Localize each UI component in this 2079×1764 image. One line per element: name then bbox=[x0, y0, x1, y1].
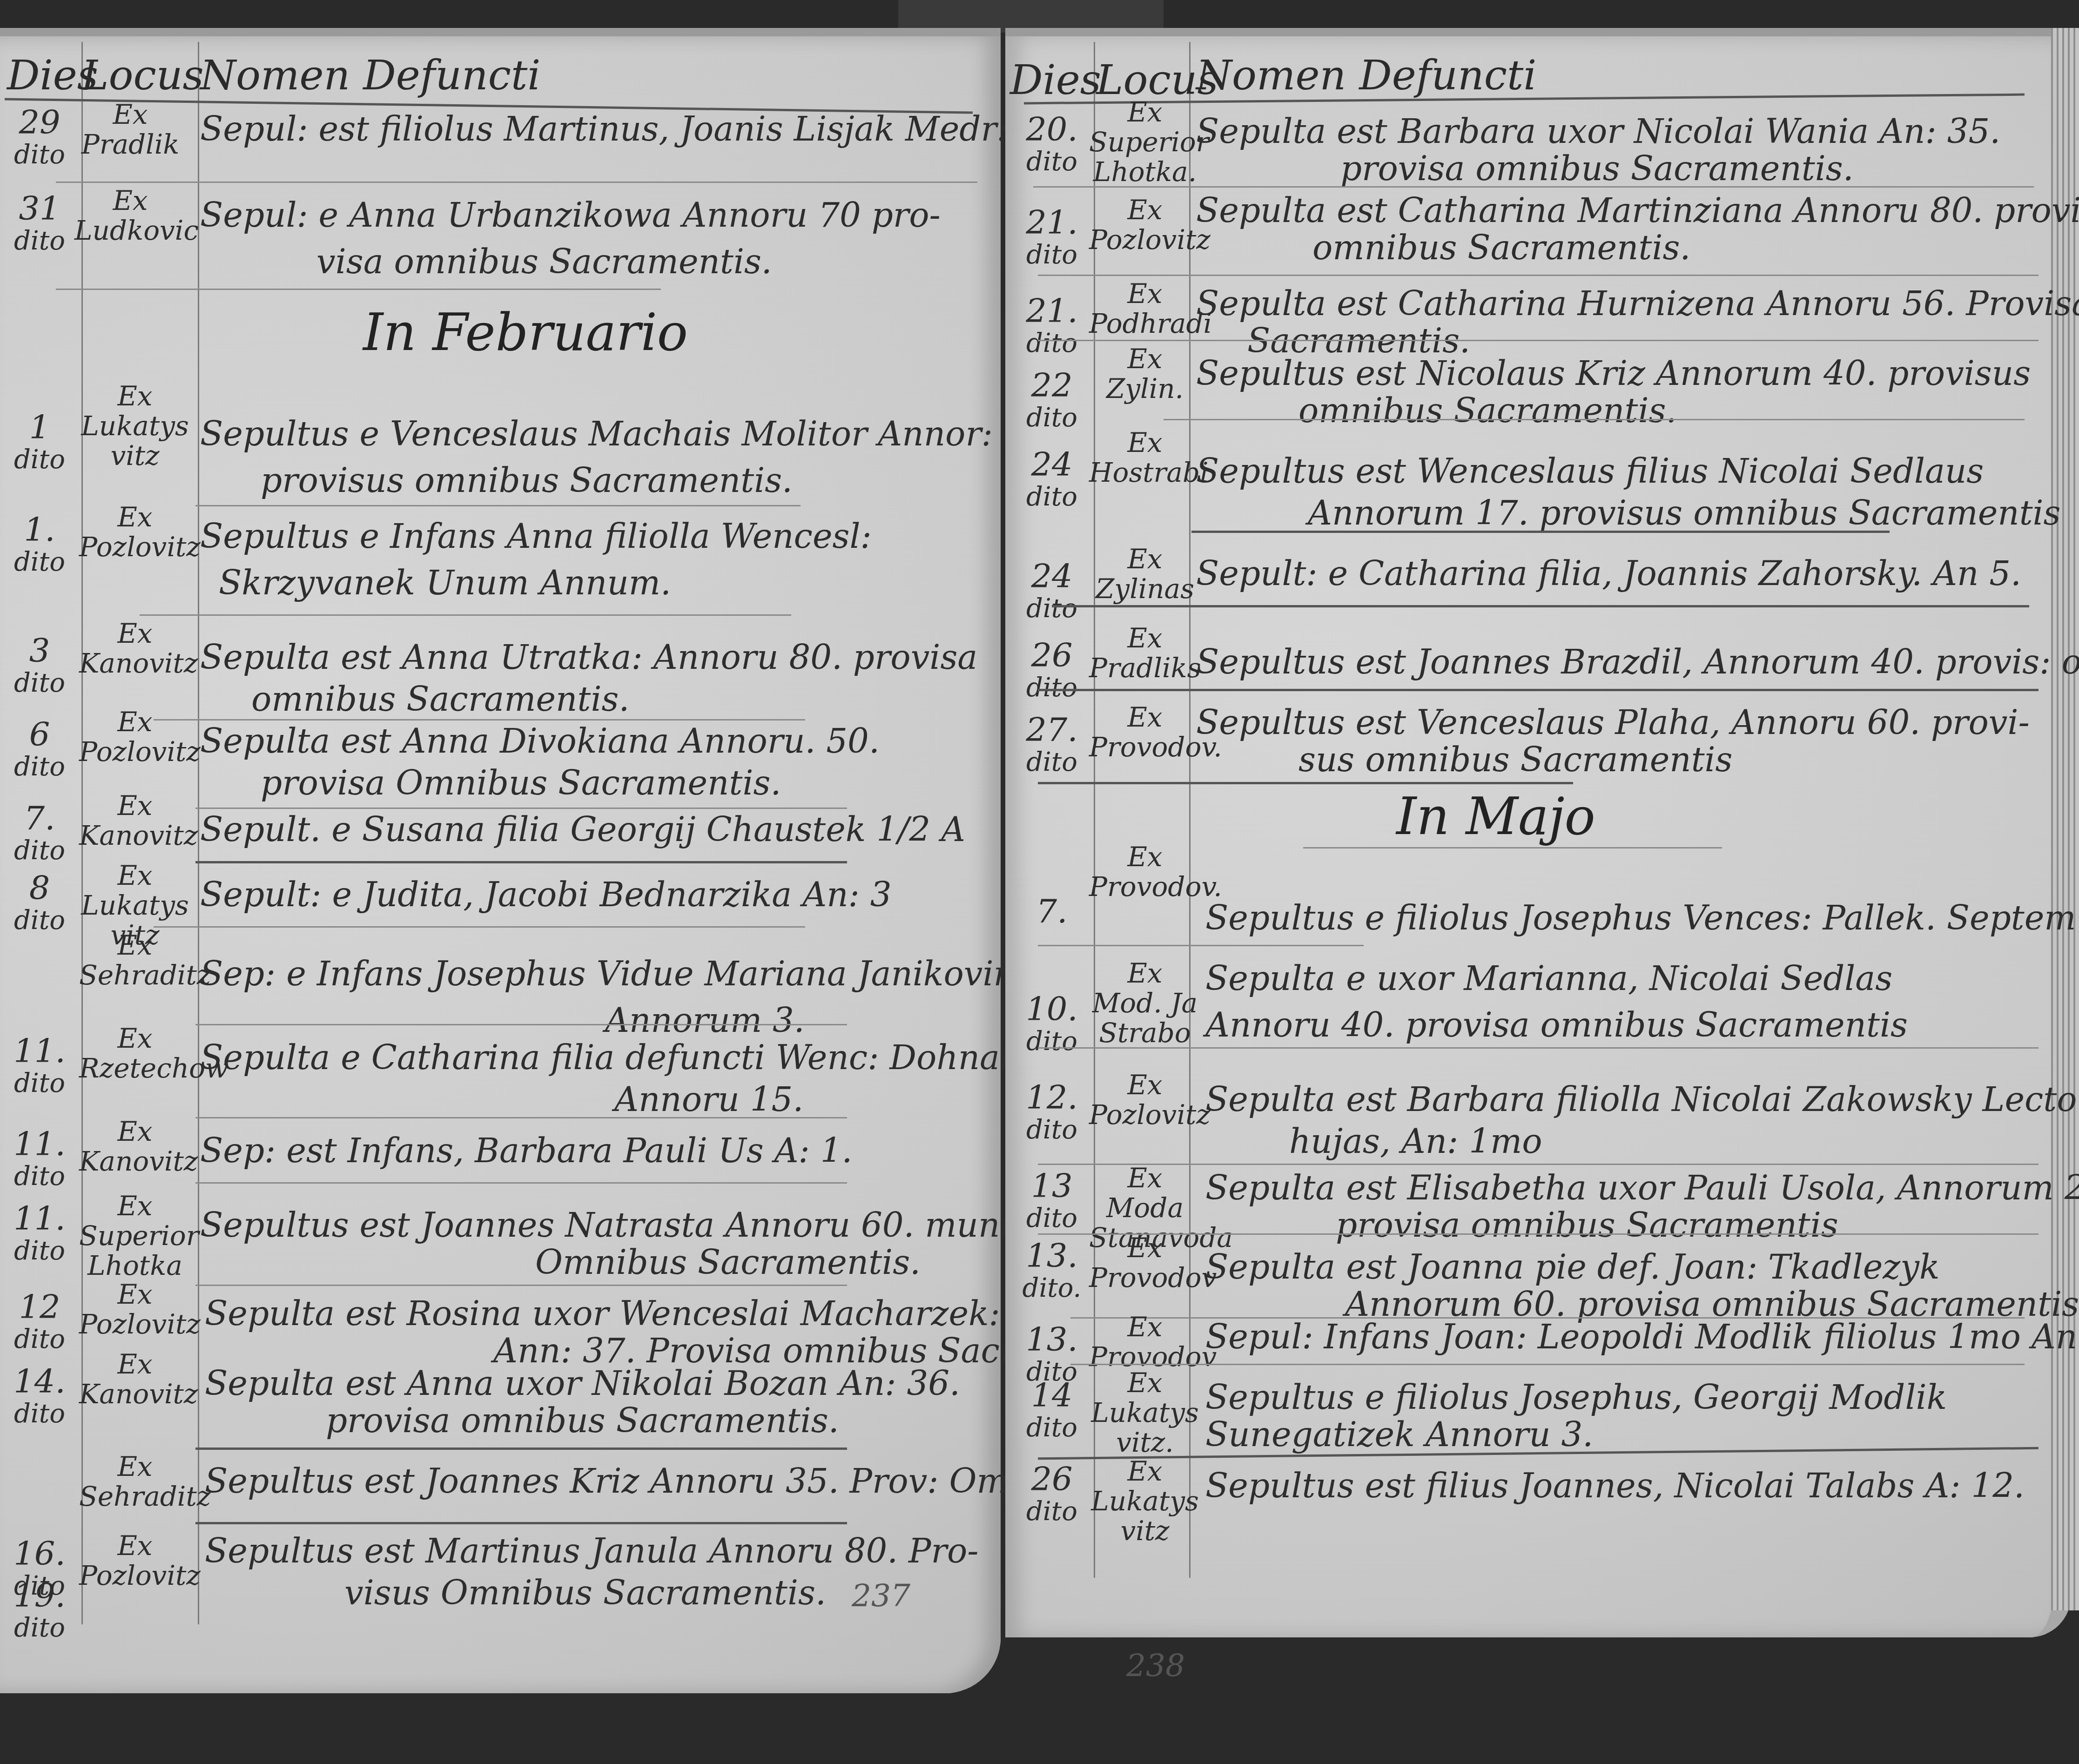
entry-rule bbox=[195, 808, 847, 809]
entry-locus: Ex Lukatys vitz. bbox=[1089, 1368, 1201, 1457]
entry-locus: Ex Lukatys vitz bbox=[1089, 1457, 1201, 1546]
entry-locus: Ex Zylin. bbox=[1089, 344, 1201, 404]
entry-text: Sepultus est filius Joannes, Nicolai Tal… bbox=[1205, 1466, 2025, 1505]
entry-text: Sepultus e Infans Anna filiolla Wencesl: bbox=[200, 517, 872, 556]
entry-day: 12dito bbox=[2, 1289, 77, 1354]
entry-day: 21.dito bbox=[1015, 205, 1089, 269]
column-rule-locus bbox=[198, 42, 199, 1624]
entry-day: 11.dito bbox=[2, 1201, 77, 1266]
entry-day: 14.dito bbox=[2, 1364, 77, 1428]
entry-locus: Ex Pradlik bbox=[74, 100, 186, 160]
entry-text: Sepultus est Joannes Natrasta Annoru 60.… bbox=[200, 1205, 1024, 1245]
entry-text: Sepultus est Nicolaus Kriz Annorum 40. p… bbox=[1196, 354, 2031, 393]
entry-locus: Ex Hostrabi bbox=[1089, 428, 1201, 488]
entry-text: Annorum 3. bbox=[605, 1001, 805, 1040]
entry-rule bbox=[195, 1522, 847, 1524]
entry-day: 7.dito bbox=[2, 801, 77, 865]
entry-rule bbox=[1038, 1047, 2039, 1049]
entry-text: Sepult: e Catharina filia, Joannis Zahor… bbox=[1196, 554, 2021, 593]
month-heading: In Majo bbox=[1396, 787, 1595, 846]
entry-locus: Ex Pozlovitz bbox=[79, 1531, 191, 1591]
entry-locus: Ex Kanovitz bbox=[79, 619, 191, 679]
entry-text: Sepultus est Joannes Kriz Annoru 35. Pro… bbox=[205, 1461, 1062, 1501]
entry-text: Sepulta est Barbara uxor Nicolai Wania A… bbox=[1196, 112, 2000, 151]
entry-day: 1.dito bbox=[2, 512, 77, 577]
entry-locus: Ex Lukatys vitz bbox=[79, 382, 191, 471]
entry-text: provisa omnibus Sacramentis. bbox=[1340, 149, 1854, 188]
entry-text: provisa omnibus Sacramentis bbox=[1336, 1205, 1838, 1245]
entry-text: Sep: e Infans Josephus Vidue Mariana Jan… bbox=[200, 954, 1015, 993]
entry-locus: Ex Pozlovitz bbox=[79, 503, 191, 562]
entry-rule bbox=[195, 1285, 847, 1286]
entry-text: Sepul: e Anna Urbanzikowa Annoru 70 pro- bbox=[200, 195, 941, 235]
entry-day: 12.dito bbox=[1015, 1080, 1089, 1145]
entry-day: 26dito bbox=[1015, 638, 1089, 702]
entry-text: Sep: est Infans, Barbara Pauli Us A: 1. bbox=[200, 1131, 852, 1170]
entry-rule bbox=[140, 614, 791, 616]
entry-rule bbox=[195, 1448, 847, 1450]
entry-text: Sepult: e Judita, Jacobi Bednarzika An: … bbox=[200, 875, 892, 914]
entry-locus: Ex Ludkovic bbox=[74, 186, 186, 246]
month-rule bbox=[1303, 847, 1722, 848]
entry-rule bbox=[1038, 340, 2039, 341]
entry-day: 8dito bbox=[2, 870, 77, 935]
entry-rule bbox=[56, 182, 977, 183]
entry-locus: Ex Pozlovitz bbox=[1089, 1071, 1201, 1130]
entry-text: Sepultus est Joannes Brazdil, Annorum 40… bbox=[1196, 642, 2079, 681]
entry-day: 6dito bbox=[2, 717, 77, 781]
entry-rule bbox=[1038, 689, 2039, 691]
entry-rule bbox=[1038, 945, 1364, 946]
entry-text: Sepul: est filiolus Martinus, Joanis Lis… bbox=[200, 109, 1076, 148]
entry-day: 3dito bbox=[2, 633, 77, 698]
entry-rule bbox=[195, 1117, 847, 1118]
entry-text: Sepulta est Barbara filiolla Nicolai Zak… bbox=[1205, 1080, 2079, 1119]
entry-text: Omnibus Sacramentis. bbox=[535, 1243, 921, 1282]
entry-day: 24dito bbox=[1015, 559, 1089, 623]
entry-locus: Ex Sehraditz bbox=[79, 931, 191, 990]
entry-day: 24dito bbox=[1015, 447, 1089, 512]
entry-day: 1dito bbox=[2, 410, 77, 474]
entry-rule bbox=[195, 861, 847, 863]
entry-text: Sepultus est Martinus Janula Annoru 80. … bbox=[205, 1531, 979, 1570]
entry-day: 10.dito bbox=[1015, 991, 1089, 1056]
entry-text: Sepult. e Susana filia Georgij Chaustek … bbox=[200, 810, 965, 849]
entry-day: 31dito bbox=[2, 191, 77, 256]
entry-rule bbox=[195, 505, 801, 506]
entry-rule bbox=[1070, 1364, 2025, 1365]
entry-text: visa omnibus Sacramentis. bbox=[316, 242, 772, 281]
month-heading: In Februario bbox=[363, 303, 688, 362]
header-dies: Dies bbox=[1010, 56, 1101, 104]
entry-text: Sepulta est Elisabetha uxor Pauli Usola,… bbox=[1205, 1168, 2079, 1207]
entry-text: Sunegatizek Annoru 3. bbox=[1205, 1415, 1593, 1454]
entry-locus: Ex Pradliks bbox=[1089, 624, 1201, 683]
entry-locus: Ex Pozlovitz bbox=[1089, 195, 1201, 255]
entry-locus: Ex Provodov bbox=[1089, 1313, 1201, 1372]
page-number-right: 238 bbox=[1126, 1648, 1185, 1683]
entry-rule bbox=[195, 1182, 847, 1184]
entry-day: 7. bbox=[1015, 894, 1089, 929]
entry-text: Sepulta est Anna Divokiana Annoru. 50. bbox=[200, 721, 880, 761]
entry-locus: Ex Podhradi bbox=[1089, 279, 1201, 339]
entry-day: 19.dito bbox=[2, 1578, 77, 1643]
entry-day: 13.dito. bbox=[1015, 1238, 1089, 1303]
entry-text: Sepulta est Joanna pie def. Joan: Tkadle… bbox=[1205, 1247, 1940, 1286]
entry-text: omnibus Sacramentis. bbox=[251, 680, 629, 719]
header-nomen-defuncti: Nomen Defuncti bbox=[1196, 51, 1537, 99]
entry-text: Sepulta e Catharina filia defuncti Wenc:… bbox=[200, 1038, 1050, 1077]
entry-text: Sepultus e filiolus Josephus Vences: Pal… bbox=[1205, 898, 2079, 937]
entry-day: 11.dito bbox=[2, 1033, 77, 1098]
entry-text: Sepultus e Venceslaus Machais Molitor An… bbox=[200, 414, 1056, 453]
page-number-left: 237 bbox=[852, 1578, 910, 1614]
entry-rule bbox=[56, 289, 661, 290]
entry-day: 14dito bbox=[1015, 1378, 1089, 1442]
header-locus: Locus bbox=[81, 51, 204, 99]
entry-text: provisa Omnibus Sacramentis. bbox=[261, 763, 781, 802]
entry-text: Sepulta est Rosina uxor Wenceslai Machar… bbox=[205, 1294, 1000, 1333]
entry-text: sus omnibus Sacramentis bbox=[1299, 740, 1733, 779]
entry-day: 22dito bbox=[1015, 368, 1089, 432]
entry-text: Annorum 17. provisus omnibus Sacramentis bbox=[1308, 493, 2061, 532]
entry-day: 20.dito bbox=[1015, 112, 1089, 176]
entry-locus: Ex Mod. Ja Strabo bbox=[1089, 959, 1201, 1048]
entry-text: omnibus Sacramentis. bbox=[1299, 391, 1676, 430]
entry-locus: Ex Pozlovitz bbox=[79, 1280, 191, 1340]
entry-text: Sepul: Infans Joan: Leopoldi Modlik fili… bbox=[1205, 1317, 2079, 1356]
entry-text: Sepultus est Venceslaus Plaha, Annoru 60… bbox=[1196, 703, 2030, 742]
entry-day: 21.dito bbox=[1015, 293, 1089, 358]
entry-locus: Ex Sehraditz bbox=[79, 1452, 191, 1512]
entry-rule bbox=[1033, 186, 2034, 188]
entry-text: provisa omnibus Sacramentis. bbox=[326, 1401, 839, 1440]
entry-day: 29dito bbox=[2, 105, 77, 169]
entry-text: Annoru 40. provisa omnibus Sacramentis bbox=[1205, 1005, 1908, 1044]
entry-locus: Ex Zylinas bbox=[1089, 545, 1201, 604]
entry-locus: Ex Superior Lhotka. bbox=[1089, 98, 1201, 187]
entry-text: omnibus Sacramentis. bbox=[1312, 228, 1690, 267]
entry-day: 11.dito bbox=[2, 1126, 77, 1191]
entry-text: Annoru 15. bbox=[614, 1080, 803, 1119]
entry-rule bbox=[1191, 531, 1890, 533]
entry-day: 26dito bbox=[1015, 1461, 1089, 1526]
entry-text: Sepulta est Anna Utratka: Annoru 80. pro… bbox=[200, 638, 977, 677]
entry-rule bbox=[154, 926, 805, 928]
entry-rule bbox=[195, 1024, 847, 1025]
entry-locus: Ex Kanovitz bbox=[79, 1350, 191, 1409]
entry-locus: Ex Kanovitz bbox=[79, 791, 191, 851]
entry-text: Sepultus est Wenceslaus filius Nicolai S… bbox=[1196, 451, 1984, 491]
entry-text: Skrzyvanek Unum Annum. bbox=[219, 563, 671, 602]
page-edges bbox=[2051, 28, 2079, 1610]
entry-rule bbox=[154, 719, 805, 720]
entry-locus: Ex Provodov. bbox=[1089, 842, 1201, 902]
entry-rule bbox=[1052, 605, 2029, 607]
entry-locus: Ex Kanovitz bbox=[79, 1117, 191, 1177]
entry-rule bbox=[1164, 419, 2025, 420]
entry-rule bbox=[1038, 782, 1573, 784]
entry-text: Sepulta est Catharina Martinziana Annoru… bbox=[1196, 191, 2079, 230]
entry-locus: Ex Rzetechow bbox=[79, 1024, 191, 1084]
entry-text: Sepulta est Anna uxor Nikolai Bozan An: … bbox=[205, 1364, 960, 1403]
entry-rule bbox=[1038, 275, 2039, 276]
entry-text: Sepulta e uxor Marianna, Nicolai Sedlas bbox=[1205, 959, 1892, 998]
entry-text: visus Omnibus Sacramentis. bbox=[344, 1573, 826, 1612]
entry-text: hujas, An: 1mo bbox=[1289, 1122, 1542, 1161]
entry-text: Sepulta est Catharina Hurnizena Annoru 5… bbox=[1196, 284, 2079, 323]
entry-locus: Ex Provodov bbox=[1089, 1233, 1201, 1293]
entry-locus: Ex Provodov. bbox=[1089, 703, 1201, 762]
entry-day: 13dito bbox=[1015, 1168, 1089, 1233]
entry-locus: Ex Superior Lhotka bbox=[79, 1192, 191, 1280]
entry-text: provisus omnibus Sacramentis. bbox=[261, 461, 793, 500]
entry-day: 27.dito bbox=[1015, 712, 1089, 777]
header-nomen-defuncti: Nomen Defuncti bbox=[200, 51, 541, 99]
entry-locus: Ex Pozlovitz bbox=[79, 707, 191, 767]
entry-text: Sepultus e filiolus Josephus, Georgij Mo… bbox=[1205, 1378, 1947, 1417]
